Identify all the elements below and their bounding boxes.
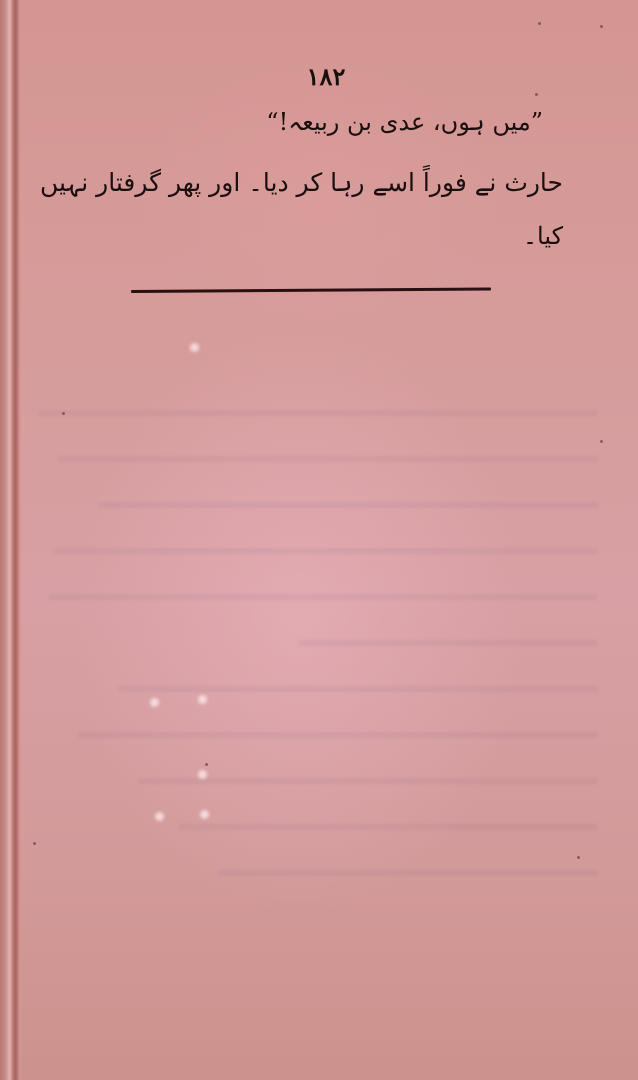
- scanned-page: ۱۸۲ ”میں ہوں، عدی بن ربیعہ!“ حارث نے فور…: [0, 0, 638, 1080]
- section-divider: [131, 287, 491, 293]
- text-line-2: حارث نے فوراً اسے رہا کر دیا۔ اور پھر گر…: [40, 168, 563, 197]
- book-binding-edge: [0, 0, 22, 1080]
- text-line-3: کیا۔: [523, 222, 563, 250]
- page-number: ۱۸۲: [0, 62, 638, 91]
- text-line-1: ”میں ہوں، عدی بن ربیعہ!“: [266, 108, 543, 136]
- show-through-text: [40, 390, 598, 950]
